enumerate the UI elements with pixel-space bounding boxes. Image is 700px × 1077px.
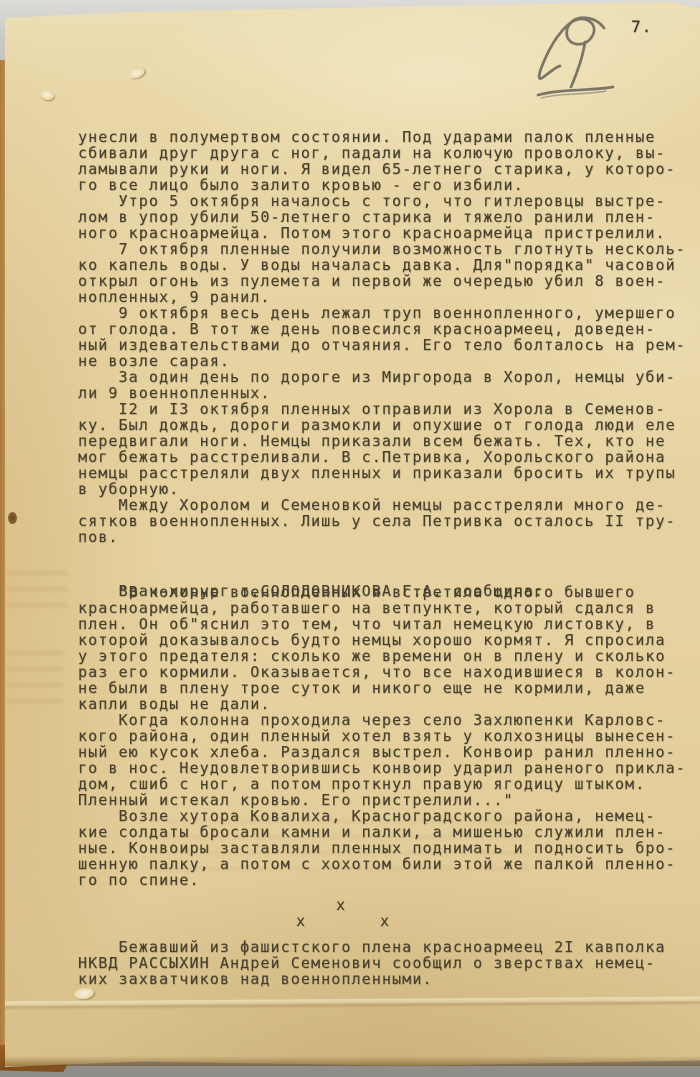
text-line: передвигали ноги. Немцы приказали всем б… — [78, 433, 686, 449]
text-line: Бежавший из фашистского плена красноарме… — [78, 939, 666, 955]
pencil-numeral-21-drawing — [526, 14, 630, 108]
testimony-text: "В колонне военнопленных я встретила одн… — [78, 584, 686, 888]
text-line: ку. Был дождь, дороги размокли и опухшие… — [78, 417, 686, 433]
text-line: 9 октября весь день лежал труп военнопле… — [78, 305, 686, 321]
text-line: сбивали друг друга с ног, падали на колю… — [78, 145, 686, 161]
text-line: го в нос. Неудовлетворившись конвоир уда… — [78, 760, 686, 776]
text-line: раз его кормили. Оказывается, что все на… — [78, 664, 686, 680]
text-line: ламывали руки и ноги. Я видел 65-летнего… — [78, 161, 686, 177]
text-line: дом, сшиб с ног, а потом проткнул правую… — [78, 776, 686, 792]
text-line: За один день по дороге из Миргорода в Хо… — [78, 369, 686, 385]
text-line: кого района, один пленный хотел взять у … — [78, 728, 686, 744]
text-line: шенную палку, а потом с хохотом били это… — [78, 856, 686, 872]
text-line: ного красноармейца. Потом этого красноар… — [78, 225, 686, 241]
text-line: ких захватчиков над военнопленными. — [78, 971, 666, 987]
text-line: Утро 5 октября началось с того, что гитл… — [78, 193, 686, 209]
text-line: красноармейца, работавшего на ветпункте,… — [78, 600, 686, 616]
page-number: 7. — [631, 17, 652, 36]
text-line: плен. Он об"яснил это тем, что читал нем… — [78, 616, 686, 632]
text-line: пов. — [78, 529, 686, 545]
text-line: открыл огонь из пулемета и первой же оче… — [78, 273, 686, 289]
text-line: Возле хутора Ковалиха, Красноградского р… — [78, 808, 686, 824]
body-text: унесли в полумертвом состоянии. Под удар… — [78, 129, 686, 545]
text-line: Когда колонна проходила через село Захлю… — [78, 712, 686, 728]
text-line: Пленный истекал кровью. Его пристрелили.… — [78, 792, 686, 808]
text-line: не возле сарая. — [78, 353, 686, 369]
paper-stain-speck — [8, 512, 17, 524]
section-separator-mark: х — [336, 896, 345, 914]
text-line: I2 и I3 октября пленных отправили из Хор… — [78, 401, 686, 417]
text-line: капли воды не дали. — [78, 696, 686, 712]
text-line: Между Хоролом и Семеновкой немцы расстре… — [78, 497, 686, 513]
text-line: не были в плену трое суток и никого еще … — [78, 680, 686, 696]
text-line: "В колонне военнопленных я встретила одн… — [78, 584, 686, 600]
text-line: ко капель воды. У воды началась давка. Д… — [78, 257, 686, 273]
text-line: немцы расстреляли двух пленных и приказа… — [78, 465, 686, 481]
text-line: у этого предателя: сколько же времени он… — [78, 648, 686, 664]
section-separator-mark: х — [380, 912, 389, 930]
text-line: нопленных, 9 ранил. — [78, 289, 686, 305]
footer-text: Бежавший из фашистского плена красноарме… — [78, 939, 666, 987]
text-line: ный издевательствами до отчаяния. Его те… — [78, 337, 686, 353]
text-line: от голода. В тот же день повесился красн… — [78, 321, 686, 337]
bleedthrough-text-ghost — [6, 570, 68, 616]
text-line: го все лицо было залито кровью - его изб… — [78, 177, 686, 193]
text-line: ли 9 военнопленных. — [78, 385, 686, 401]
paper-bottom-shadow — [5, 1056, 700, 1066]
text-line: которой доказывалось будто немцы хорошо … — [78, 632, 686, 648]
text-line: ные. Конвоиры заставляли пленных поднима… — [78, 840, 686, 856]
handwritten-page-mark — [526, 14, 630, 112]
section-separator-mark: х — [296, 912, 305, 930]
text-line: НКВД РАССЫХИН Андрей Семенович сообщил о… — [78, 955, 666, 971]
text-line: 7 октября пленные получили возможность г… — [78, 241, 686, 257]
text-line: кие солдаты бросали камни и палки, а миш… — [78, 824, 686, 840]
bleedthrough-text-ghost — [6, 650, 64, 710]
text-line: сятков военнопленных. Лишь у села Петрив… — [78, 513, 686, 529]
text-line: ный ею кусок хлеба. Раздался выстрел. Ко… — [78, 744, 686, 760]
document-scan: 7. унесли в полумертвом состоянии. Под у… — [0, 0, 700, 1077]
text-line: лом в упор убили 50-летнего старика и тя… — [78, 209, 686, 225]
text-line: унесли в полумертвом состоянии. Под удар… — [78, 129, 686, 145]
text-line: го по спине. — [78, 872, 686, 888]
text-line: мог бежать расстреливали. В с.Петривка, … — [78, 449, 686, 465]
text-line: в уборную. — [78, 481, 686, 497]
